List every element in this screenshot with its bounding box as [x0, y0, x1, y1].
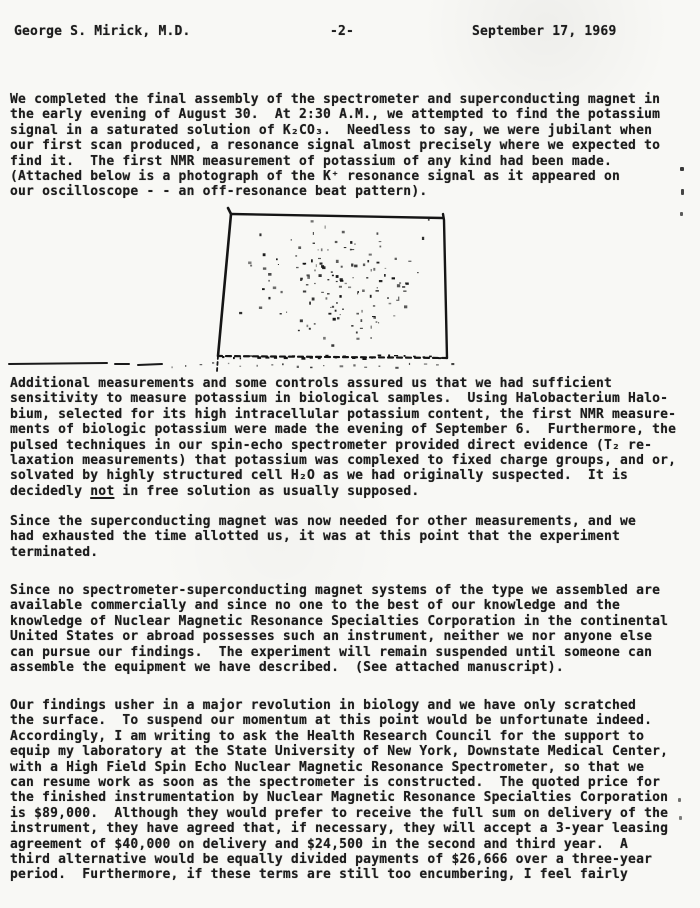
scan-edge-mark — [680, 167, 684, 171]
photo-speckles — [222, 219, 441, 360]
paragraph-measurements: Additional measurements and some control… — [10, 376, 696, 499]
scan-edge-mark — [680, 212, 683, 216]
paragraph-2-text-after: in free solution as usually supposed. — [114, 484, 419, 499]
header-page-number: -2- — [330, 24, 354, 39]
scan-edge-mark — [681, 189, 684, 195]
emphasized-word-not: not — [90, 484, 114, 499]
scan-artifact-line — [5, 354, 465, 376]
paragraph-assembly: We completed the final assembly of the s… — [10, 92, 696, 200]
scan-edge-mark — [679, 816, 682, 820]
paragraph-no-commercial-systems: Since no spectrometer-superconducting ma… — [10, 583, 696, 675]
scan-edge-mark — [678, 798, 681, 802]
paragraph-termination: Since the superconducting magnet was now… — [10, 514, 696, 560]
paragraph-2-text-before: Additional measurements and some control… — [10, 376, 676, 499]
oscilloscope-photo — [200, 206, 455, 376]
paragraph-funding-request: Our findings usher in a major revolution… — [10, 698, 696, 883]
letter-page: George S. Mirick, M.D. -2- September 17,… — [0, 0, 700, 908]
header-date: September 17, 1969 — [472, 24, 616, 39]
header-author: George S. Mirick, M.D. — [14, 24, 191, 39]
